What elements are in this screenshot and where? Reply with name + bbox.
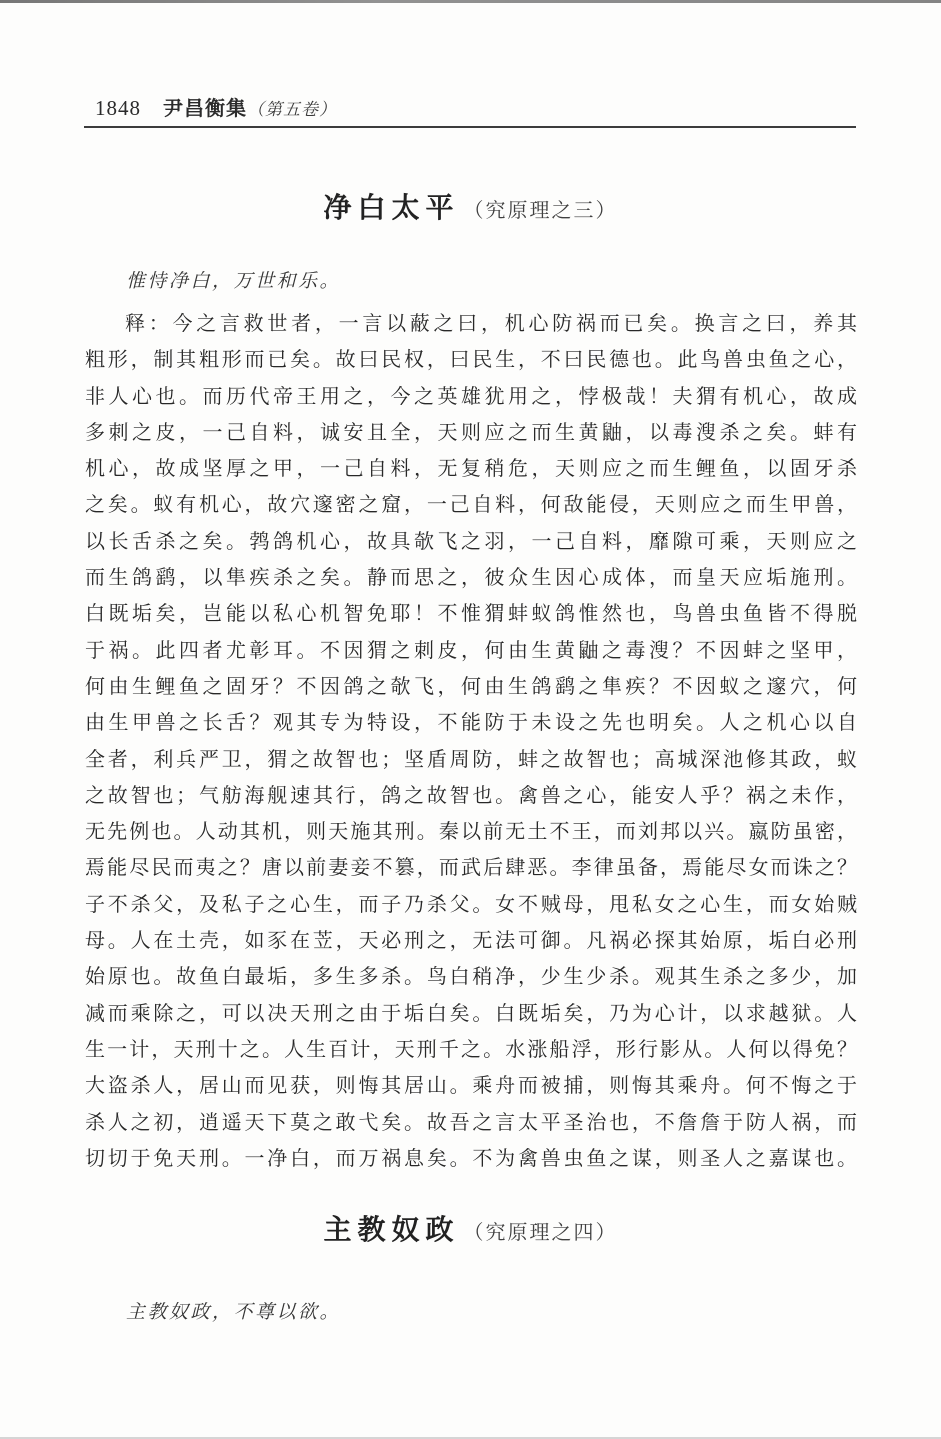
- text-line: 而生鸽鹞，以隼疾杀之矣。静而思之，彼众生因心成体，而皇天应垢施刑。: [85, 560, 857, 596]
- text-line: 杀人之初，逍遥天下莫之敢弋矣。故吾之言太平圣治也，不詹詹于防人祸，而: [85, 1105, 857, 1141]
- page-number: 1848: [95, 96, 141, 121]
- text-line: 母。人在土壳，如豕在苙，天必刑之，无法可御。凡祸必探其始原，垢白必刑: [85, 923, 857, 959]
- text-line: 白既垢矣，岂能以私心机智免耶！不惟猬蚌蚁鸽惟然也，鸟兽虫鱼皆不得脱: [85, 596, 857, 632]
- text-line: 大盗杀人，居山而见获，则悔其居山。乘舟而被捕，则悔其乘舟。何不悔之于: [85, 1068, 857, 1104]
- text-line: 之矣。蚁有机心，故穴邃密之窟，一己自料，何敌能侵，天则应之而生甲兽，: [85, 487, 857, 523]
- text-line: 全者，利兵严卫，猬之故智也；坚盾周防，蚌之故智也；高城深池修其政，蚁: [85, 742, 857, 778]
- text-line: 何由生鲤鱼之固牙？不因鸽之欹飞，何由生鸽鹞之隼疾？不因蚁之邃穴，何: [85, 669, 857, 705]
- chapter-1-title-text: 净白太平: [323, 193, 459, 224]
- book-title: 尹昌衡集（第五卷）: [163, 92, 337, 121]
- text-line: 无先例也。人动其机，则天施其刑。秦以前无土不王，而刘邦以兴。嬴防虽密，: [85, 814, 857, 850]
- text-line: 子不杀父，及私子之心生，而子乃杀父。女不贼母，甩私女之心生，而女始贼: [85, 887, 857, 923]
- text-line: 多刺之皮，一己自料，诚安且全，天则应之而生黄鼬，以毒溲杀之矣。蚌有: [85, 415, 857, 451]
- text-line: 由生甲兽之长舌？观其专为特设，不能防于未设之先也明矣。人之机心以自: [85, 705, 857, 741]
- text-line: 非人心也。而历代帝王用之，今之英雄犹用之，悖极哉！夫猬有机心，故成: [85, 379, 857, 415]
- chapter-1-epigraph: 惟恃净白，万世和乐。: [126, 266, 341, 293]
- chapter-title-2: 主教奴政 （究原理之四）: [0, 1208, 941, 1248]
- header-rule: [84, 126, 856, 128]
- text-line: 生一计，天刑十之。人生百计，天刑千之。水涨船浮，形行影从。人何以得免？: [85, 1032, 857, 1068]
- volume-label: （第五卷）: [247, 100, 337, 119]
- text-line: 切切于免天刑。一净白，而万祸息矣。不为禽兽虫鱼之谋，则圣人之嘉谋也。: [85, 1141, 857, 1177]
- text-line: 以长舌杀之矣。鹁鸽机心，故具欹飞之羽，一己自料，靡隙可乘，天则应之: [85, 524, 857, 560]
- chapter-2-subtitle: （究原理之四）: [464, 1222, 618, 1244]
- chapter-2-epigraph: 主教奴政，不尊以欲。: [126, 1297, 341, 1324]
- chapter-1-body: 释：今之言救世者，一言以蔽之曰，机心防祸而已矣。换言之曰，养其粗形，制其粗形而已…: [85, 306, 857, 1177]
- chapter-title-1: 净白太平 （究原理之三）: [0, 186, 941, 226]
- text-line: 减而乘除之，可以决天刑之由于垢白矣。白既垢矣，乃为心计，以求越狱。人: [85, 996, 857, 1032]
- book-title-text: 尹昌衡集: [163, 98, 247, 120]
- text-line: 释：今之言救世者，一言以蔽之曰，机心防祸而已矣。换言之曰，养其: [85, 306, 857, 342]
- text-line: 于祸。此四者尤彰耳。不因猬之刺皮，何由生黄鼬之毒溲？不因蚌之坚甲，: [85, 633, 857, 669]
- chapter-1-subtitle: （究原理之三）: [464, 200, 618, 222]
- scan-top-edge: [0, 0, 941, 3]
- text-line: 始原也。故鱼白最垢，多生多杀。鸟白稍净，少生少杀。观其生杀之多少，加: [85, 959, 857, 995]
- chapter-2-title-text: 主教奴政: [323, 1215, 459, 1246]
- scanned-book-page: 1848 尹昌衡集（第五卷） 净白太平 （究原理之三） 惟恃净白，万世和乐。 释…: [0, 0, 941, 1439]
- text-line: 粗形，制其粗形而已矣。故曰民权，曰民生，不曰民德也。此鸟兽虫鱼之心，: [85, 342, 857, 378]
- text-line: 机心，故成坚厚之甲，一己自料，无复稍危，天则应之而生鲤鱼，以固牙杀: [85, 451, 857, 487]
- text-line: 焉能尽民而夷之？唐以前妻妾不篡，而武后肆恶。李律虽备，焉能尽女而诛之？: [85, 850, 857, 886]
- text-line: 之故智也；气舫海舰速其行，鸽之故智也。禽兽之心，能安人乎？祸之未作，: [85, 778, 857, 814]
- running-head: 1848 尹昌衡集（第五卷）: [95, 92, 337, 121]
